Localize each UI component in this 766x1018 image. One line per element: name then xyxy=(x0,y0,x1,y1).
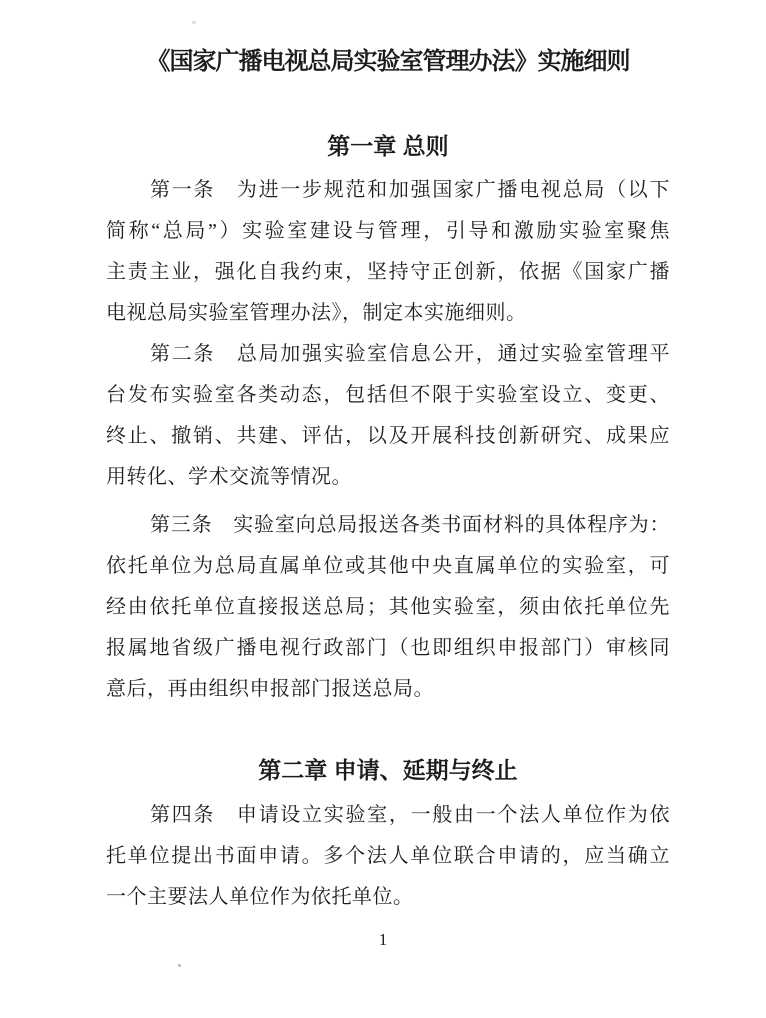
article-4-line: 第四条 申请设立实验室，一般由一个法人单位作为依 xyxy=(106,795,670,836)
scan-speck xyxy=(192,21,196,24)
scan-speck xyxy=(178,964,181,967)
article-2-line: 第二条 总局加强实验室信息公开，通过实验室管理平 xyxy=(106,334,670,375)
article-1-line: 电视总局实验室管理办法》，制定本实施细则。 xyxy=(106,293,670,334)
chapter-1-heading: 第一章 总则 xyxy=(106,126,670,167)
article-3-line: 报属地省级广播电视行政部门（也即组织申报部门）审核同 xyxy=(106,628,670,669)
article-3-line: 经由依托单位直接报送总局；其他实验室，须由依托单位先 xyxy=(106,587,670,628)
document-page: 《国家广播电视总局实验室管理办法》实施细则 第一章 总则 第一条 为进一步规范和… xyxy=(0,0,766,1018)
article-3: 第三条 实验室向总局报送各类书面材料的具体程序为： 依托单位为总局直属单位或其他… xyxy=(106,505,670,710)
document-title: 《国家广播电视总局实验室管理办法》实施细则 xyxy=(106,46,670,77)
article-4-line: 托单位提出书面申请。多个法人单位联合申请的，应当确立 xyxy=(106,836,670,877)
article-3-line: 第三条 实验室向总局报送各类书面材料的具体程序为： xyxy=(106,505,670,546)
article-3-line: 依托单位为总局直属单位或其他中央直属单位的实验室，可 xyxy=(106,546,670,587)
article-2-line: 用转化、学术交流等情况。 xyxy=(106,457,670,498)
article-4-line: 一个主要法人单位作为依托单位。 xyxy=(106,877,670,918)
article-1: 第一条 为进一步规范和加强国家广播电视总局（以下 简称“总局”）实验室建设与管理… xyxy=(106,170,670,334)
article-2-line: 台发布实验室各类动态，包括但不限于实验室设立、变更、 xyxy=(106,375,670,416)
chapter-2-heading: 第二章 申请、延期与终止 xyxy=(106,750,670,791)
article-2-line: 终止、撤销、共建、评估，以及开展科技创新研究、成果应 xyxy=(106,416,670,457)
article-3-line: 意后，再由组织申报部门报送总局。 xyxy=(106,669,670,710)
article-1-line: 第一条 为进一步规范和加强国家广播电视总局（以下 xyxy=(106,170,670,211)
article-1-line: 主责主业，强化自我约束，坚持守正创新，依据《国家广播 xyxy=(106,252,670,293)
article-2: 第二条 总局加强实验室信息公开，通过实验室管理平 台发布实验室各类动态，包括但不… xyxy=(106,334,670,498)
article-4: 第四条 申请设立实验室，一般由一个法人单位作为依 托单位提出书面申请。多个法人单… xyxy=(106,795,670,918)
page-number: 1 xyxy=(0,930,766,950)
document-content: 《国家广播电视总局实验室管理办法》实施细则 第一章 总则 第一条 为进一步规范和… xyxy=(106,46,670,918)
article-1-line: 简称“总局”）实验室建设与管理，引导和激励实验室聚焦 xyxy=(106,211,670,252)
